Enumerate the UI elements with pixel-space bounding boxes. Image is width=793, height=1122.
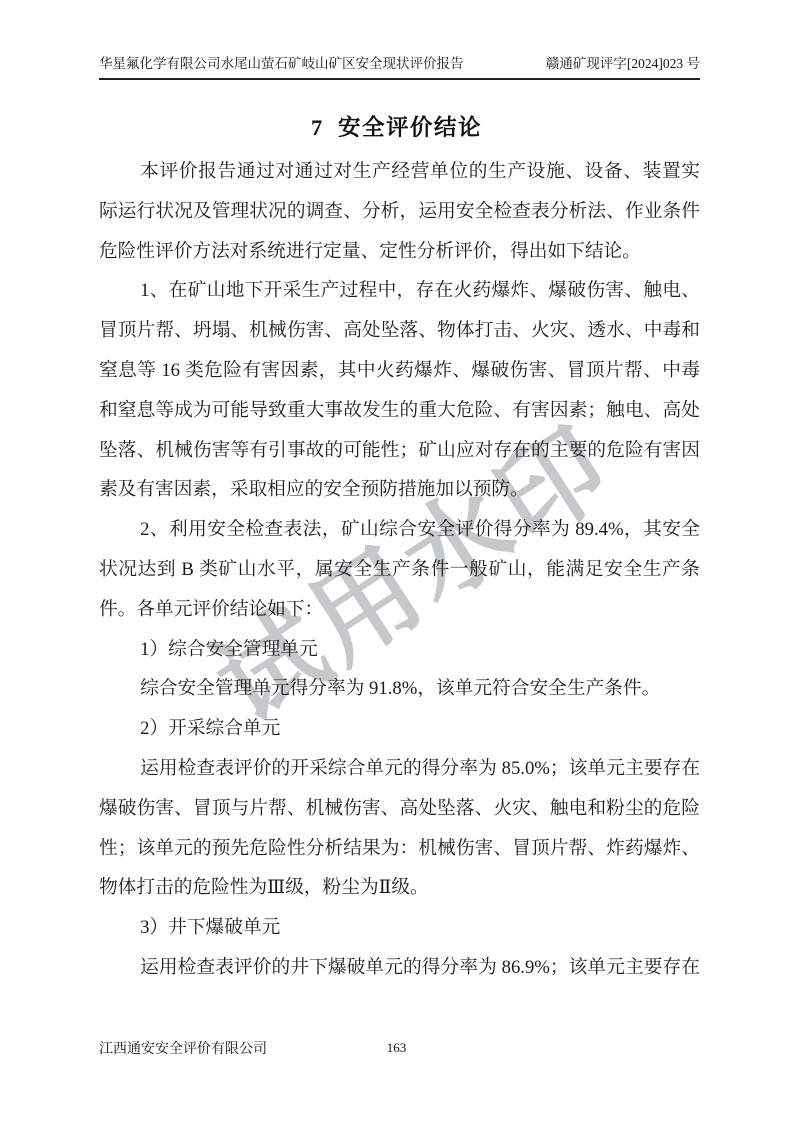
document-page: 华星氟化学有限公司水尾山萤石矿岐山矿区安全现状评价报告 赣通矿现评字[2024]… [0, 0, 793, 1122]
body-paragraph: 1、在矿山地下开采生产过程中，存在火药爆炸、爆破伤害、触电、冒顶片帮、坍塌、机械… [99, 271, 700, 510]
header-document-number: 赣通矿现评字[2024]023 号 [546, 55, 700, 72]
body-paragraph: 运用检查表评价的开采综合单元的得分率为 85.0%；该单元主要存在爆破伤害、冒顶… [99, 749, 700, 908]
page-header: 华星氟化学有限公司水尾山萤石矿岐山矿区安全现状评价报告 赣通矿现评字[2024]… [99, 55, 700, 80]
chapter-title: 7 安全评价结论 [0, 110, 793, 142]
body-paragraph: 本评价报告通过对通过对生产经营单位的生产设施、设备、装置实际运行状况及管理状况的… [99, 152, 700, 271]
body-text: 本评价报告通过对通过对生产经营单位的生产设施、设备、装置实际运行状况及管理状况的… [99, 152, 700, 988]
body-paragraph: 2、利用安全检查表法，矿山综合安全评价得分率为 89.4%，其安全状况达到 B … [99, 510, 700, 629]
header-report-title: 华星氟化学有限公司水尾山萤石矿岐山矿区安全现状评价报告 [99, 55, 464, 72]
footer-page-number: 163 [0, 1040, 793, 1056]
body-paragraph: 运用检查表评价的井下爆破单元的得分率为 86.9%；该单元主要存在 [99, 948, 700, 988]
body-paragraph: 1）综合安全管理单元 [99, 630, 700, 670]
body-paragraph: 2）开采综合单元 [99, 709, 700, 749]
body-paragraph: 3）井下爆破单元 [99, 908, 700, 948]
body-paragraph: 综合安全管理单元得分率为 91.8%，该单元符合安全生产条件。 [99, 669, 700, 709]
